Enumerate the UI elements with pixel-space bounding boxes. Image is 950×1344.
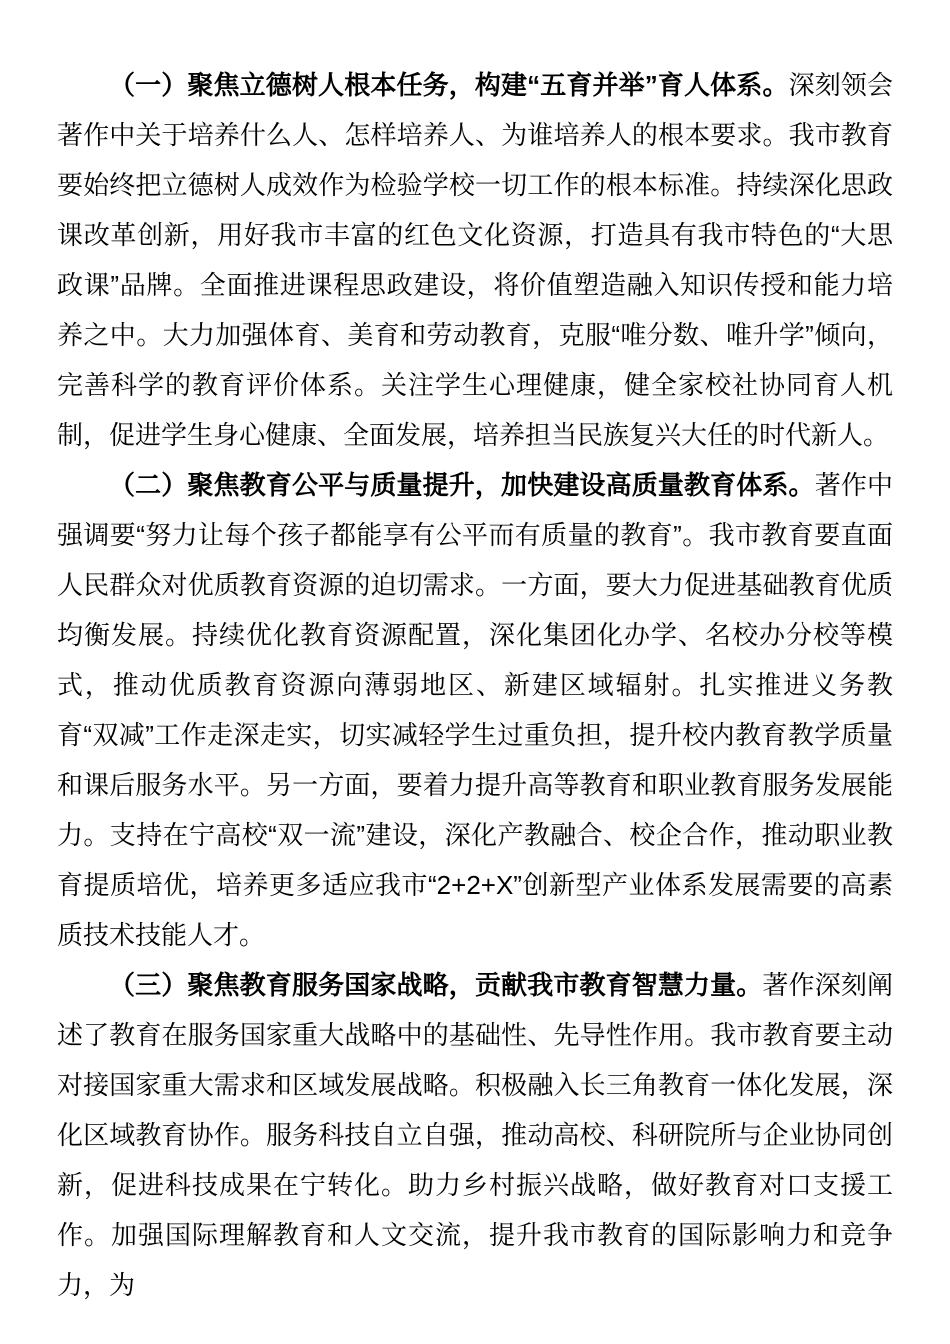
paragraph-heading: （二）聚焦教育公平与质量提升，加快建设高质量教育体系。	[109, 470, 815, 500]
document-body: （一）聚焦立德树人根本任务，构建“五育并举”育人体系。深刻领会著作中关于培养什么…	[57, 60, 893, 1310]
paragraph: （三）聚焦教育服务国家战略，贡献我市教育智慧力量。著作深刻阐述了教育在服务国家重…	[57, 960, 893, 1310]
paragraph-heading: （三）聚焦教育服务国家战略，贡献我市教育智慧力量。	[109, 970, 762, 1000]
paragraph: （二）聚焦教育公平与质量提升，加快建设高质量教育体系。著作中强调要“努力让每个孩…	[57, 460, 893, 960]
document-page: （一）聚焦立德树人根本任务，构建“五育并举”育人体系。深刻领会著作中关于培养什么…	[0, 0, 950, 1344]
paragraph: （一）聚焦立德树人根本任务，构建“五育并举”育人体系。深刻领会著作中关于培养什么…	[57, 60, 893, 460]
paragraph-body: 深刻领会著作中关于培养什么人、怎样培养人、为谁培养人的根本要求。我市教育要始终把…	[57, 70, 893, 450]
paragraph-heading: （一）聚焦立德树人根本任务，构建“五育并举”育人体系。	[109, 70, 789, 100]
paragraph-body: 著作深刻阐述了教育在服务国家重大战略中的基础性、先导性作用。我市教育要主动对接国…	[57, 970, 893, 1300]
paragraph-body: 著作中强调要“努力让每个孩子都能享有公平而有质量的教育”。我市教育要直面人民群众…	[57, 470, 893, 950]
